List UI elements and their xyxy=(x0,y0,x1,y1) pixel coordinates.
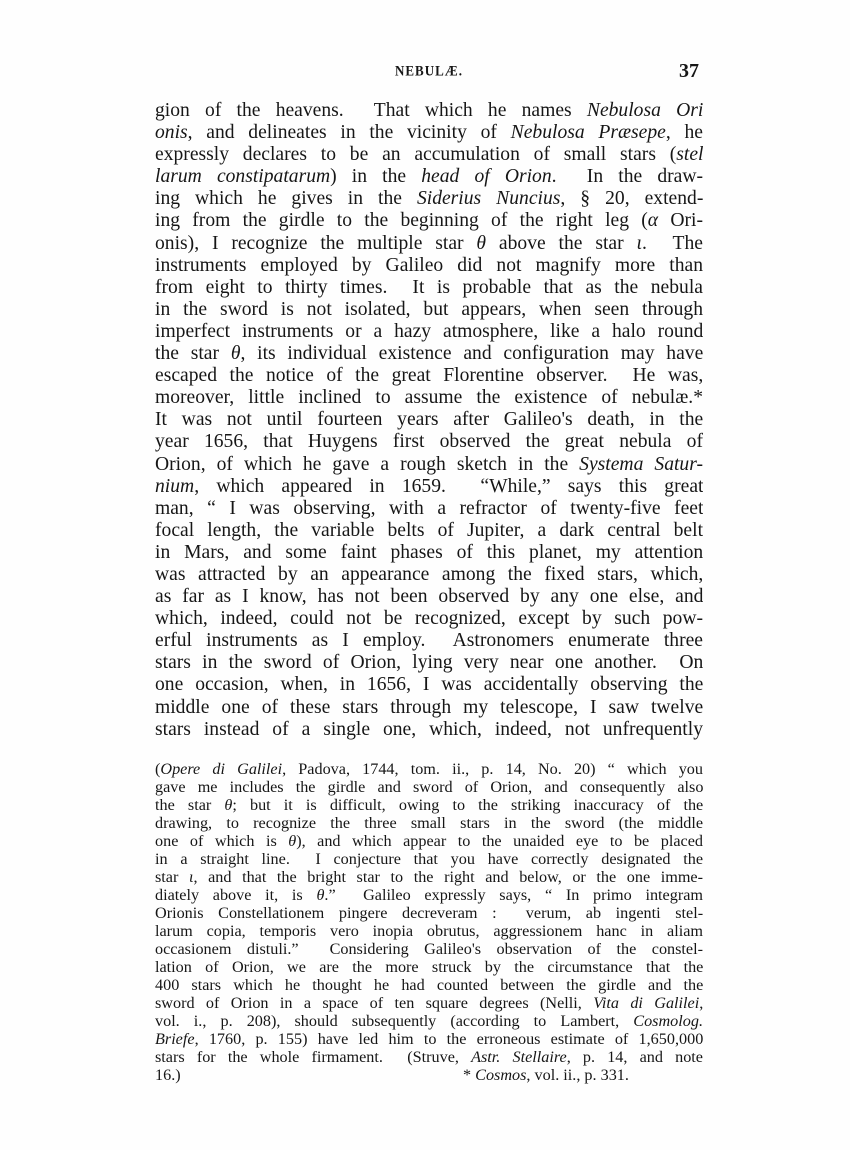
text-segment: was attracted by an appearance among the… xyxy=(155,564,703,585)
text-segment: , and delineates in the vicinity of xyxy=(188,122,511,143)
text-segment: expressly declares to be an accumulation… xyxy=(155,144,676,165)
text-segment: diately above it, is xyxy=(155,886,316,904)
body-line: nium, which appeared in 1659. “While,” s… xyxy=(155,476,703,498)
asterisk-footnote: * Cosmos, vol. ii., p. 331. xyxy=(463,1066,629,1084)
footnote-line: drawing, to recognize the three small st… xyxy=(155,814,703,832)
italic-text: α xyxy=(648,210,658,231)
body-line: focal length, the variable belts of Jupi… xyxy=(155,520,703,542)
footnote-line: diately above it, is θ.” Galileo express… xyxy=(155,886,703,904)
running-title: NEBULÆ. xyxy=(155,62,703,80)
text-segment: year 1656, that Huygens first observed t… xyxy=(155,431,703,452)
footnote-line: star ι, and that the bright star to the … xyxy=(155,868,703,886)
text-segment: , he xyxy=(666,122,703,143)
body-line: in the sword is not isolated, but appear… xyxy=(155,299,703,321)
asterisk-marker: * xyxy=(463,1066,475,1084)
text-segment: It was not until fourteen years after Ga… xyxy=(155,409,703,430)
body-line: one occasion, when, in 1656, I was accid… xyxy=(155,674,703,696)
italic-text: Briefe xyxy=(155,1030,195,1048)
body-line: Orion, of which he gave a rough sketch i… xyxy=(155,454,703,476)
text-segment: Ori- xyxy=(658,210,703,231)
footnote-line: occasionem distuli.” Considering Galileo… xyxy=(155,940,703,958)
footnote: (Opere di Galilei, Padova, 1744, tom. ii… xyxy=(155,760,703,1084)
text-segment: man, “ I was observing, with a refractor… xyxy=(155,498,703,519)
text-segment: . In the draw- xyxy=(552,166,703,187)
text-segment: stars instead of a single one, which, in… xyxy=(155,719,703,740)
italic-text: Vita di Galilei xyxy=(593,994,699,1012)
footnote-line: Briefe, 1760, p. 155) have led him to th… xyxy=(155,1030,703,1048)
footnote-line: Orionis Constellationem pingere decrever… xyxy=(155,904,703,922)
running-head: NEBULÆ. 37 xyxy=(155,60,703,84)
text-segment: ) in the xyxy=(330,166,421,187)
body-line: expressly declares to be an accumulation… xyxy=(155,144,703,166)
body-line: larum constipatarum) in the head of Orio… xyxy=(155,166,703,188)
italic-text: θ xyxy=(231,343,241,364)
text-segment: in a straight line. I conjecture that yo… xyxy=(155,850,703,868)
footnote-lines: (Opere di Galilei, Padova, 1744, tom. ii… xyxy=(155,760,703,1066)
text-segment: the star xyxy=(155,796,224,814)
asterisk-work-title: Cosmos xyxy=(475,1066,526,1084)
text-segment: one of which is xyxy=(155,832,288,850)
text-segment: in Mars, and some faint phases of this p… xyxy=(155,542,703,563)
italic-text: Cosmolog. xyxy=(633,1012,703,1030)
text-segment: ing from the girdle to the beginning of … xyxy=(155,210,648,231)
italic-text: stel xyxy=(676,144,703,165)
text-segment: . The xyxy=(642,233,703,254)
body-text: gion of the heavens. That which he names… xyxy=(155,100,703,741)
text-segment: vol. i., p. 208), should subsequently (a… xyxy=(155,1012,633,1030)
text-segment: Orionis Constellationem pingere decrever… xyxy=(155,904,703,922)
footnote-line: in a straight line. I conjecture that yo… xyxy=(155,850,703,868)
body-line: imperfect instruments or a hazy atmosphe… xyxy=(155,321,703,343)
italic-text: Astr. Stellaire xyxy=(471,1048,567,1066)
italic-text: θ xyxy=(288,832,296,850)
body-line: It was not until fourteen years after Ga… xyxy=(155,409,703,431)
text-segment: 400 stars which he thought he had counte… xyxy=(155,976,703,994)
text-segment: above the star xyxy=(486,233,636,254)
body-line: which, indeed, could not be recognized, … xyxy=(155,608,703,630)
footnote-line: lation of Orion, we are the more struck … xyxy=(155,958,703,976)
footnote-line: (Opere di Galilei, Padova, 1744, tom. ii… xyxy=(155,760,703,778)
italic-text: θ xyxy=(476,233,486,254)
text-segment: one occasion, when, in 1656, I was accid… xyxy=(155,674,703,695)
asterisk-reference: , vol. ii., p. 331. xyxy=(526,1066,629,1084)
text-segment: , p. 14, and note xyxy=(567,1048,703,1066)
text-segment: which, indeed, could not be recognized, … xyxy=(155,608,703,629)
text-segment: lation of Orion, we are the more struck … xyxy=(155,958,703,976)
body-line: onis), I recognize the multiple star θ a… xyxy=(155,233,703,255)
page-number: 37 xyxy=(679,60,699,83)
body-line: onis, and delineates in the vicinity of … xyxy=(155,122,703,144)
body-line: as far as I know, has not been observed … xyxy=(155,586,703,608)
text-segment: ; but it is difficult, owing to the stri… xyxy=(232,796,703,814)
italic-text: Nebulosa Ori xyxy=(587,100,703,121)
footnote-line: vol. i., p. 208), should subsequently (a… xyxy=(155,1012,703,1030)
body-line: in Mars, and some faint phases of this p… xyxy=(155,542,703,564)
body-line: stars in the sword of Orion, lying very … xyxy=(155,652,703,674)
body-line: year 1656, that Huygens first observed t… xyxy=(155,431,703,453)
body-line: was attracted by an appearance among the… xyxy=(155,564,703,586)
italic-text: larum constipatarum xyxy=(155,166,330,187)
body-line: erful instruments as I employ. Astronome… xyxy=(155,630,703,652)
text-segment: stars in the sword of Orion, lying very … xyxy=(155,652,703,673)
text-segment: moreover, little inclined to assume the … xyxy=(155,387,703,408)
body-line: stars instead of a single one, which, in… xyxy=(155,719,703,741)
text-segment: erful instruments as I employ. Astronome… xyxy=(155,630,703,651)
body-line: man, “ I was observing, with a refractor… xyxy=(155,498,703,520)
text-segment: imperfect instruments or a hazy atmosphe… xyxy=(155,321,703,342)
text-segment: escaped the notice of the great Florenti… xyxy=(155,365,703,386)
text-segment: the star xyxy=(155,343,231,364)
footnote-line: 400 stars which he thought he had counte… xyxy=(155,976,703,994)
italic-text: Systema Satur- xyxy=(579,454,703,475)
text-segment: as far as I know, has not been observed … xyxy=(155,586,703,607)
text-segment: gave me includes the girdle and sword of… xyxy=(155,778,703,796)
italic-text: onis xyxy=(155,122,188,143)
text-segment: Orion, of which he gave a rough sketch i… xyxy=(155,454,579,475)
text-segment: , § 20, extend- xyxy=(560,188,703,209)
text-segment: star xyxy=(155,868,189,886)
text-segment: onis), I recognize the multiple star xyxy=(155,233,476,254)
body-line: from eight to thirty times. It is probab… xyxy=(155,277,703,299)
body-line: instruments employed by Galileo did not … xyxy=(155,255,703,277)
text-segment: drawing, to recognize the three small st… xyxy=(155,814,703,832)
text-segment: ), and which appear to the unaided eye t… xyxy=(296,832,703,850)
italic-text: Siderius Nuncius xyxy=(417,188,560,209)
text-segment: instruments employed by Galileo did not … xyxy=(155,255,703,276)
italic-text: nium xyxy=(155,476,194,497)
text-segment: middle one of these stars through my tel… xyxy=(155,697,703,718)
text-segment: , xyxy=(699,994,703,1012)
text-segment: , 1760, p. 155) have led him to the erro… xyxy=(195,1030,703,1048)
text-segment: from eight to thirty times. It is probab… xyxy=(155,277,703,298)
body-line: middle one of these stars through my tel… xyxy=(155,697,703,719)
body-line: moreover, little inclined to assume the … xyxy=(155,387,703,409)
text-segment: .” Galileo expressly says, “ In primo in… xyxy=(324,886,703,904)
body-line: ing which he gives in the Siderius Nunci… xyxy=(155,188,703,210)
text-segment: , Padova, 1744, tom. ii., p. 14, No. 20)… xyxy=(282,760,703,778)
footnote-line: stars for the whole firmament. (Struve, … xyxy=(155,1048,703,1066)
footnote-final-line: 16.) * Cosmos, vol. ii., p. 331. xyxy=(155,1066,703,1084)
footnote-line: sword of Orion in a space of ten square … xyxy=(155,994,703,1012)
book-page: NEBULÆ. 37 gion of the heavens. That whi… xyxy=(0,0,850,1150)
text-segment: focal length, the variable belts of Jupi… xyxy=(155,520,703,541)
text-segment: in the sword is not isolated, but appear… xyxy=(155,299,703,320)
italic-text: head of Orion xyxy=(421,166,551,187)
text-segment: stars for the whole firmament. (Struve, xyxy=(155,1048,471,1066)
italic-text: Nebulosa Præsepe xyxy=(511,122,666,143)
text-segment: larum copia, temporis vero inopia obrutu… xyxy=(155,922,703,940)
body-line: the star θ, its individual existence and… xyxy=(155,343,703,365)
body-line: escaped the notice of the great Florenti… xyxy=(155,365,703,387)
footnote-line: gave me includes the girdle and sword of… xyxy=(155,778,703,796)
text-segment: , its individual existence and configura… xyxy=(240,343,703,364)
text-segment: ing which he gives in the xyxy=(155,188,417,209)
body-line: ing from the girdle to the beginning of … xyxy=(155,210,703,232)
text-segment: occasionem distuli.” Considering Galileo… xyxy=(155,940,703,958)
footnote-final-text: 16.) xyxy=(155,1066,181,1084)
text-segment: sword of Orion in a space of ten square … xyxy=(155,994,593,1012)
italic-text: Opere di Galilei xyxy=(160,760,282,778)
footnote-line: one of which is θ), and which appear to … xyxy=(155,832,703,850)
text-segment: gion of the heavens. That which he names xyxy=(155,100,587,121)
text-segment: , which appeared in 1659. “While,” says … xyxy=(194,476,703,497)
text-segment: , and that the bright star to the right … xyxy=(193,868,703,886)
body-line: gion of the heavens. That which he names… xyxy=(155,100,703,122)
footnote-line: the star θ; but it is difficult, owing t… xyxy=(155,796,703,814)
footnote-line: larum copia, temporis vero inopia obrutu… xyxy=(155,922,703,940)
